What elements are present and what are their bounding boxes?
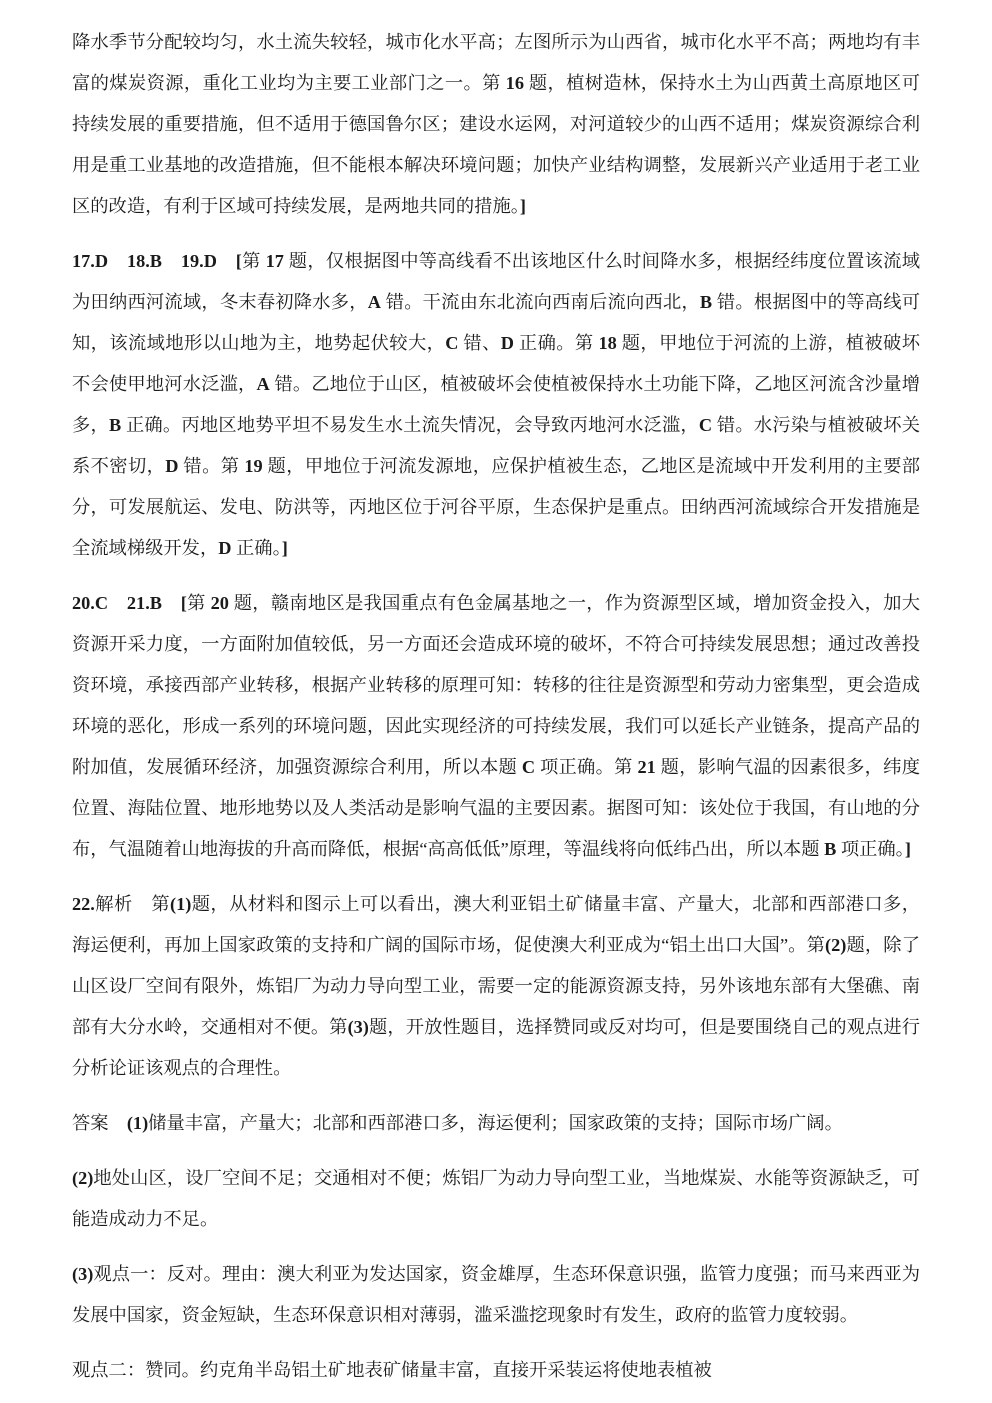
document-page: 降水季节分配较均匀，水土流失较轻，城市化水平高；左图所示为山西省，城市化水平不高…	[0, 0, 992, 1403]
latin-bold-run: D	[501, 333, 514, 353]
latin-bold-run: [	[181, 593, 187, 613]
latin-bold-run: 20	[211, 593, 229, 613]
latin-bold-run: 18.B	[127, 251, 162, 271]
document-body: 降水季节分配较均匀，水土流失较轻，城市化水平高；左图所示为山西省，城市化水平不高…	[72, 22, 920, 1391]
paragraph-q22-answer-part3-view1: (3)观点一：反对。理由：澳大利亚为发达国家，资金雄厚，生态环保意识强，监管力度…	[72, 1254, 920, 1336]
latin-bold-run: 18	[599, 333, 617, 353]
latin-bold-run: D	[218, 538, 231, 558]
latin-bold-run: [	[236, 251, 242, 271]
paragraph-answers-17-19: 17.D 18.B 19.D [第 17 题，仅根据图中等高线看不出该地区什么时…	[72, 241, 920, 569]
paragraph-answers-20-21: 20.C 21.B [第 20 题，赣南地区是我国重点有色金属基地之一，作为资源…	[72, 583, 920, 870]
latin-bold-run: 21	[638, 757, 656, 777]
latin-bold-run: ]	[282, 538, 288, 558]
latin-bold-run: C	[445, 333, 458, 353]
latin-bold-run: D	[165, 456, 178, 476]
latin-bold-run: 17.D	[72, 251, 108, 271]
latin-bold-run: 20.C	[72, 593, 108, 613]
paragraph-q22-answer-part2: (2)地处山区，设厂空间不足；交通相对不便；炼铝厂为动力导向型工业，当地煤炭、水…	[72, 1158, 920, 1240]
paragraph-q22-analysis: 22.解析 第(1)题，从材料和图示上可以看出，澳大利亚铝土矿储量丰富、产量大，…	[72, 884, 920, 1089]
latin-bold-run: (2)	[72, 1168, 93, 1188]
latin-bold-run: ]	[905, 839, 911, 859]
paragraph-continuation-q15-16: 降水季节分配较均匀，水土流失较轻，城市化水平高；左图所示为山西省，城市化水平不高…	[72, 22, 920, 227]
latin-bold-run: 17	[266, 251, 284, 271]
latin-bold-run: B	[824, 839, 836, 859]
latin-bold-run: A	[368, 292, 381, 312]
latin-bold-run: 16	[506, 73, 524, 93]
latin-bold-run: (3)	[72, 1264, 93, 1284]
paragraph-q22-answer-part1: 答案 (1)储量丰富，产量大；北部和西部港口多，海运便利；国家政策的支持；国际市…	[72, 1103, 920, 1144]
latin-bold-run: 21.B	[127, 593, 162, 613]
latin-bold-run: 19	[244, 456, 262, 476]
latin-bold-run: C	[699, 415, 712, 435]
latin-bold-run: 22.	[72, 894, 95, 914]
latin-bold-run: B	[109, 415, 121, 435]
latin-bold-run: A	[257, 374, 270, 394]
latin-bold-run: ]	[520, 196, 526, 216]
latin-bold-run: (1)	[127, 1113, 148, 1133]
latin-bold-run: C	[522, 757, 535, 777]
latin-bold-run: (3)	[348, 1017, 369, 1037]
latin-bold-run: (1)	[170, 894, 191, 914]
latin-bold-run: B	[700, 292, 712, 312]
latin-bold-run: 19.D	[181, 251, 217, 271]
latin-bold-run: (2)	[825, 935, 846, 955]
paragraph-q22-answer-part3-view2: 观点二：赞同。约克角半岛铝土矿地表矿储量丰富，直接开采装运将使地表植被	[72, 1350, 920, 1391]
